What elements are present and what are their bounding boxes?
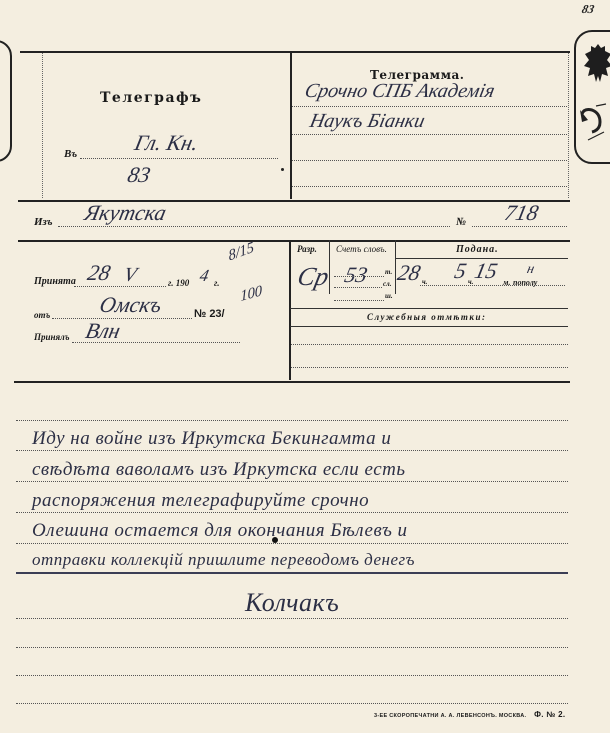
- telegram-number-value: 718: [502, 200, 541, 226]
- to-sub-value: 83: [125, 162, 153, 188]
- header-divider: [290, 51, 292, 199]
- year-prefix: 190: [176, 278, 190, 288]
- message-line-4: Олешина остается для окончания Бѣлевъ и: [32, 520, 408, 542]
- received-by-value: Влн: [83, 318, 122, 344]
- origin-value: Омскъ: [97, 292, 164, 318]
- right-emblem-frame: [574, 30, 610, 164]
- origin-number: № 23/: [194, 308, 225, 320]
- category-value: Ср: [295, 262, 332, 292]
- word-unit-1: т.: [385, 268, 392, 276]
- received-by-label: Принялъ: [34, 332, 70, 342]
- message-line-5: отправки коллекцiй пришлите переводомъ д…: [32, 550, 415, 570]
- to-label: Въ: [64, 148, 77, 160]
- reception-divider: [289, 240, 291, 380]
- word-count-value: 53: [342, 262, 370, 288]
- to-field-line: [80, 158, 278, 159]
- message-rule-1: [16, 450, 568, 451]
- origin-label: отъ: [34, 310, 50, 320]
- submitted-period-label: пополу: [513, 278, 537, 287]
- accepted-year-label: г. 190: [168, 278, 189, 288]
- message-rule-2: [16, 481, 568, 482]
- word-unit-3: ш.: [385, 292, 393, 300]
- message-rule-7: [16, 675, 568, 676]
- signature: Колчакъ: [245, 588, 339, 618]
- page-number: 83: [580, 2, 595, 17]
- form-header-bottom-border: [14, 381, 570, 383]
- word-count-line-1: [334, 276, 384, 277]
- from-row-bottom-border: [18, 240, 570, 242]
- telegram-number-line: [472, 226, 567, 227]
- year-mid-label: г.: [168, 278, 173, 288]
- service-notes-title: Служебныя отмѣтки:: [367, 312, 486, 322]
- col-category-header: Разр.: [297, 244, 317, 254]
- word-count-line-2: [334, 287, 382, 288]
- accepted-day-line: [74, 286, 166, 287]
- message-rule-5: [16, 618, 568, 619]
- accepted-year-suffix: 4: [198, 266, 211, 286]
- from-field-line: [58, 226, 450, 227]
- margin-note-1: 8/15: [228, 239, 255, 265]
- message-rule-0: [16, 420, 568, 421]
- col-word-count-header: Счетъ словъ.: [336, 244, 387, 254]
- message-line-3: распоряжения телеграфируйте срочно: [32, 490, 369, 512]
- telegram-number-label: №: [456, 216, 466, 228]
- form-top-border: [20, 51, 570, 53]
- right-panel-dotted-edge: [568, 53, 569, 198]
- form-code: Ф. № 2.: [534, 710, 565, 719]
- word-count-line-3: [334, 300, 384, 301]
- message-line-2: свѣдѣта ваволамъ изъ Иркутска если есть: [32, 459, 406, 481]
- post-horn-icon: [578, 102, 610, 142]
- from-label: Изъ: [34, 216, 53, 228]
- address-line-2-rule: [292, 134, 567, 135]
- word-unit-2: сл.: [383, 280, 391, 288]
- service-notes-title-rule: [290, 326, 568, 327]
- address-line-1-rule: [292, 106, 567, 107]
- service-notes-line-1: [291, 344, 568, 345]
- submitted-minute: 15: [472, 258, 500, 284]
- dot-mark: [281, 168, 284, 171]
- address-line-3-rule: [292, 160, 567, 161]
- submitted-period-value: н: [525, 262, 535, 278]
- accepted-day: 28: [85, 260, 113, 286]
- service-notes-line-2: [291, 367, 568, 368]
- year-end-label: г.: [214, 278, 219, 288]
- telegraph-title: Телеграфъ: [100, 90, 202, 106]
- accepted-label: Принята: [34, 276, 76, 287]
- submitted-line: [420, 285, 565, 286]
- address-line-4-rule: [292, 186, 567, 187]
- ink-dot: [272, 537, 278, 543]
- from-value: Якутска: [82, 200, 168, 226]
- submitted-minute-label: м.: [503, 278, 510, 287]
- message-rule-4: [16, 543, 568, 544]
- address-line-2: Наукъ Бiанки: [308, 110, 427, 133]
- to-value: Гл. Кн.: [132, 130, 200, 156]
- message-underline: [16, 572, 568, 574]
- double-headed-eagle-icon: [580, 40, 610, 90]
- printer-mark: 3-ЕЕ СКОРОПЕЧАТНИ А. А. ЛЕВЕНСОНЪ. МОСКВ…: [374, 710, 565, 719]
- left-emblem-frame: [0, 40, 12, 162]
- message-rule-3: [16, 512, 568, 513]
- message-line-1: Иду на войне изъ Иркутска Бекингамта и: [32, 428, 391, 450]
- message-rule-6: [16, 647, 568, 648]
- submitted-hour: 5: [452, 258, 469, 284]
- left-panel-dotted-edge: [42, 53, 43, 198]
- margin-note-2: 100: [240, 283, 263, 306]
- accepted-month: V: [122, 264, 139, 287]
- submitted-day-label: ч.: [422, 278, 427, 286]
- col-submitted-header: Подана.: [456, 244, 499, 255]
- message-rule-8: [16, 703, 568, 704]
- submitted-day: 28: [395, 260, 423, 286]
- address-line-1: Срочно СПБ Академія: [303, 80, 497, 103]
- printer-name: 3-ЕЕ СКОРОПЕЧАТНИ А. А. ЛЕВЕНСОНЪ. МОСКВ…: [374, 713, 526, 719]
- service-notes-top-rule: [290, 308, 568, 309]
